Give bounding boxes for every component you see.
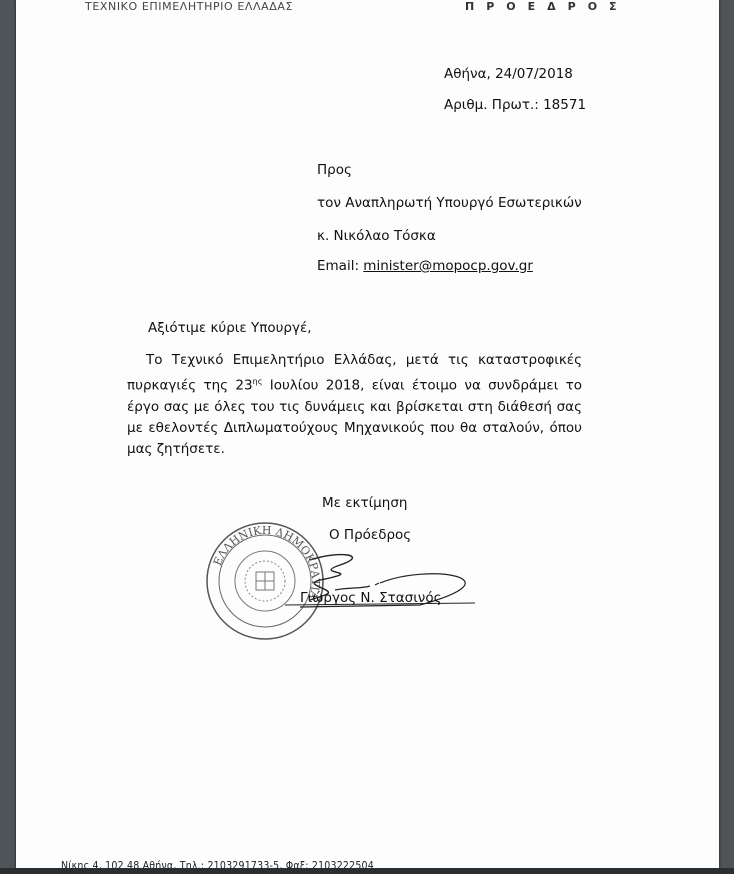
- letterhead-organization: ΤΕΧΝΙΚΟ ΕΠΙΜΕΛΗΤΗΡΙΟ ΕΛΛΑΔΑΣ: [85, 0, 293, 13]
- recipient-email: Email: minister@mopocp.gov.gr: [317, 258, 533, 274]
- signatory-name: Γιώργος Ν. Στασινός: [300, 590, 442, 606]
- protocol-number: Αριθμ. Πρωτ.: 18571: [444, 97, 586, 113]
- recipient-to-label: Προς: [317, 162, 352, 178]
- letterhead-office: ΠΡΟΕΔΡΟΣ: [465, 0, 629, 13]
- recipient-name: κ. Νικόλαο Τόσκα: [317, 228, 436, 244]
- salutation: Αξιότιμε κύριε Υπουργέ,: [148, 320, 312, 336]
- email-label: Email:: [317, 258, 363, 274]
- letter-body: Το Τεχνικό Επιμελητήριο Ελλάδας, μετά τι…: [127, 350, 582, 460]
- place-date: Αθήνα, 24/07/2018: [444, 66, 573, 82]
- recipient-title: τον Αναπληρωτή Υπουργό Εσωτερικών: [317, 195, 582, 211]
- signatory-title: Ο Πρόεδρος: [329, 527, 411, 543]
- closing: Με εκτίμηση: [322, 495, 407, 511]
- email-link[interactable]: minister@mopocp.gov.gr: [363, 258, 533, 274]
- viewer-bottom-bar: [0, 868, 734, 874]
